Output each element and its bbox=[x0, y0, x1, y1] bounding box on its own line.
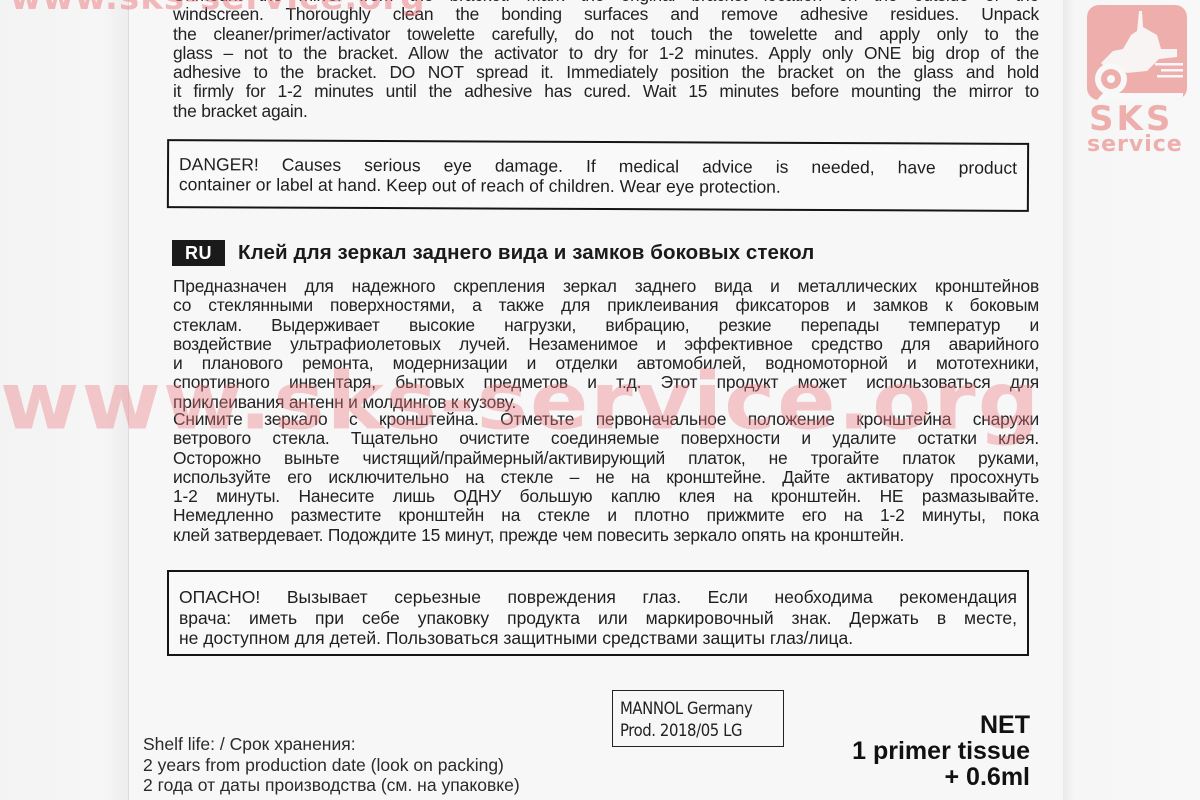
text-line: ветрового стекла. Тщательно очистите сое… bbox=[173, 429, 1039, 448]
text-line: Снимите зеркало с кронштейна. Отметьте п… bbox=[173, 410, 1039, 429]
russian-section-heading: RU Клей для зеркал заднего вида и замков… bbox=[172, 240, 814, 266]
label-sheet: Unmount the mirror from the bracket. Mar… bbox=[160, 0, 1060, 800]
production-code: Prod. 2018/05 LG bbox=[620, 721, 742, 740]
left-package-fold bbox=[0, 0, 129, 800]
manufacturer: MANNOL Germany bbox=[620, 699, 752, 718]
english-instructions: Unmount the mirror from the bracket. Mar… bbox=[173, 0, 1039, 121]
text-line: со стеклянными поверхностями, а также дл… bbox=[173, 296, 1039, 315]
shelf-life-label: Shelf life: / Срок хранения: bbox=[143, 734, 520, 755]
text-line: glass – not to the bracket. Allow the ac… bbox=[173, 44, 1039, 63]
warning-line: ОПАСНО! Вызывает серьезные повреждения г… bbox=[179, 587, 1017, 608]
net-line-2: + 0.6ml bbox=[852, 764, 1030, 790]
shelf-life-russian: 2 года от даты производства (см. на упак… bbox=[143, 775, 520, 796]
logo-text-sks: SKS bbox=[1089, 104, 1193, 134]
warning-line: не доступном для детей. Пользоваться защ… bbox=[179, 628, 1017, 649]
danger-warning-english: DANGER! Causes serious eye damage. If me… bbox=[167, 139, 1029, 212]
text-line: it firmly for 1-2 minutes until the adhe… bbox=[173, 82, 1039, 101]
text-line: 1-2 минуты. Нанесите лишь ОДНУ большую к… bbox=[173, 487, 1039, 506]
text-line: используйте его исключительно на стекле … bbox=[173, 468, 1039, 487]
danger-warning-russian: ОПАСНО! Вызывает серьезные повреждения г… bbox=[167, 570, 1029, 656]
warning-line: container or label at hand. Keep out of … bbox=[179, 174, 1017, 198]
net-contents: NET 1 primer tissue + 0.6ml bbox=[852, 712, 1030, 790]
shelf-life-english: 2 years from production date (look on pa… bbox=[143, 755, 520, 776]
russian-instructions: Снимите зеркало с кронштейна. Отметьте п… bbox=[173, 410, 1039, 545]
text-line: спортивного инвентаря, бытовых предметов… bbox=[173, 373, 1039, 392]
watermark-logo: SKS service bbox=[1087, 5, 1193, 156]
text-line: the cleaner/primer/activator towelette c… bbox=[173, 25, 1039, 44]
text-line: и планового ремонта, модернизации и отде… bbox=[173, 354, 1039, 373]
shelf-life: Shelf life: / Срок хранения: 2 years fro… bbox=[143, 734, 520, 796]
text-line: Немедленно разместите кронштейн на стекл… bbox=[173, 506, 1039, 525]
text-line: Осторожно выньте чистящий/праймерный/акт… bbox=[173, 449, 1039, 468]
logo-text-service: service bbox=[1087, 134, 1193, 156]
language-badge: RU bbox=[172, 240, 225, 266]
product-title-russian: Клей для зеркал заднего вида и замков бо… bbox=[238, 241, 814, 265]
production-stamp: MANNOL Germany Prod. 2018/05 LG bbox=[612, 690, 784, 747]
text-line: Предназначен для надежного скрепления зе… bbox=[173, 277, 1039, 296]
net-line-1: 1 primer tissue bbox=[852, 738, 1030, 764]
russian-description: Предназначен для надежного скрепления зе… bbox=[173, 277, 1039, 412]
text-line: the bracket again. bbox=[173, 102, 1039, 121]
text-line: стеклам. Выдерживает высокие нагрузки, в… bbox=[173, 316, 1039, 335]
warning-line: врача: иметь при себе упаковку продукта … bbox=[179, 608, 1017, 629]
text-line: windscreen. Thoroughly clean the bonding… bbox=[173, 5, 1039, 24]
text-line: adhesive to the bracket. DO NOT spread i… bbox=[173, 63, 1039, 82]
text-line: клей затвердевает. Подождите 15 минут, п… bbox=[173, 526, 1039, 545]
text-line: воздействие ультрафиолетовых лучей. Неза… bbox=[173, 335, 1039, 354]
net-label: NET bbox=[852, 712, 1030, 738]
scooter-icon bbox=[1087, 5, 1187, 100]
